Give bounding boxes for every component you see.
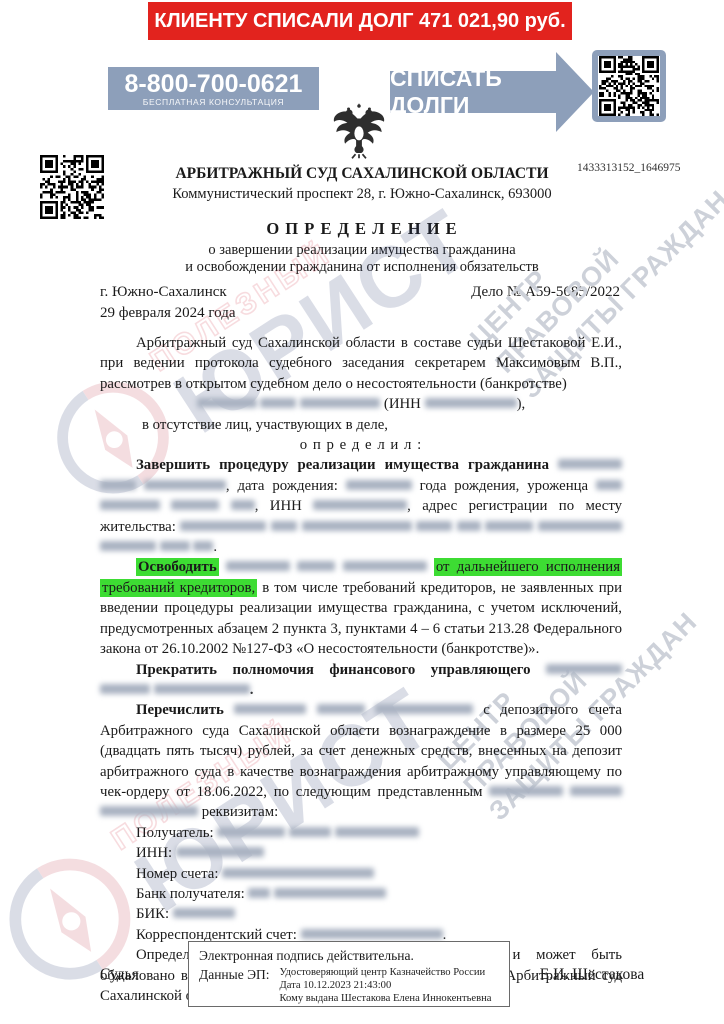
text-segment: , дата рождения: bbox=[226, 478, 346, 494]
redacted-text bbox=[217, 827, 285, 837]
redacted-text bbox=[180, 521, 266, 531]
text-segment: о п р е д е л и л : bbox=[300, 437, 422, 453]
text-segment bbox=[427, 559, 434, 575]
redacted-text bbox=[546, 664, 622, 674]
redacted-text bbox=[160, 541, 190, 551]
redacted-text bbox=[271, 521, 297, 531]
paragraph: (ИНН ), bbox=[100, 394, 622, 414]
text-segment bbox=[365, 702, 375, 718]
redacted-text bbox=[171, 500, 219, 510]
redacted-text bbox=[100, 500, 160, 510]
redacted-text bbox=[222, 868, 374, 878]
coat-of-arms-icon bbox=[330, 103, 388, 164]
text-segment bbox=[136, 478, 144, 494]
text-segment: Освободить bbox=[136, 558, 219, 576]
redacted-text bbox=[485, 521, 533, 531]
text-segment: Прекратить полномочия финансового управл… bbox=[136, 662, 546, 678]
text-segment: БИК: bbox=[136, 906, 173, 922]
text-segment bbox=[335, 559, 342, 575]
redacted-text bbox=[558, 459, 622, 469]
redacted-text bbox=[313, 500, 407, 510]
qr-code bbox=[598, 56, 660, 116]
redacted-text bbox=[343, 561, 427, 571]
redacted-text bbox=[300, 398, 380, 408]
court-address: Коммунистический проспект 28, г. Южно-Са… bbox=[0, 186, 724, 203]
text-segment: Завершить процедуру реализации имущества… bbox=[136, 457, 558, 473]
redacted-text bbox=[570, 786, 622, 796]
document-title: О П Р Е Д Е Л Е Н И Е bbox=[0, 219, 724, 239]
redacted-text bbox=[100, 541, 156, 551]
text-segment bbox=[219, 559, 226, 575]
text-segment: Банк получателя: bbox=[136, 886, 248, 902]
date-label: 29 февраля 2024 года bbox=[100, 305, 236, 322]
redacted-text bbox=[301, 929, 443, 939]
promo-qr-frame bbox=[592, 50, 666, 122]
court-ruling-page: ЦЕНТР ПРАВОВОЙ ЗАЩИТЫ ГРАЖДАН ЦЕНТР ПРАВ… bbox=[0, 0, 724, 1024]
phone-number: 8-800-700-0621 bbox=[125, 71, 303, 97]
text-segment bbox=[219, 498, 230, 514]
redacted-text bbox=[457, 521, 481, 531]
redacted-text bbox=[231, 500, 255, 510]
debt-writeoff-banner: КЛИЕНТУ СПИСАЛИ ДОЛГ 471 021,90 руб. bbox=[148, 2, 572, 40]
paragraph: Завершить процедуру реализации имущества… bbox=[100, 455, 622, 557]
text-segment bbox=[563, 784, 570, 800]
text-segment bbox=[306, 702, 316, 718]
redacted-text bbox=[425, 398, 517, 408]
redacted-text bbox=[100, 480, 136, 490]
paragraph: ИНН: bbox=[100, 843, 622, 863]
redacted-text bbox=[144, 480, 226, 490]
paragraph: Банк получателя: bbox=[100, 884, 622, 904]
stamp-data-label: Данные ЭП: bbox=[199, 967, 270, 1005]
redacted-text bbox=[274, 888, 386, 898]
stamp-ca: Удостоверяющий центр Казначейство России bbox=[280, 967, 492, 980]
document-body: Арбитражный суд Сахалинской области в со… bbox=[100, 333, 622, 1006]
text-segment: Номер счета: bbox=[136, 866, 222, 882]
phone-button[interactable]: 8-800-700-0621 БЕСПЛАТНАЯ КОНСУЛЬТАЦИЯ bbox=[108, 67, 319, 110]
redacted-text bbox=[193, 541, 213, 551]
text-segment: Получатель: bbox=[136, 825, 217, 841]
redacted-text bbox=[302, 521, 412, 531]
paragraph: Освободить от дальнейшего исполнения тре… bbox=[100, 557, 622, 659]
writeoff-debts-button[interactable]: СПИСАТЬ ДОЛГИ bbox=[390, 71, 556, 113]
redacted-text bbox=[176, 847, 264, 857]
redacted-text bbox=[317, 704, 365, 714]
text-segment: (ИНН bbox=[380, 396, 424, 412]
redacted-text bbox=[100, 806, 198, 816]
text-segment: ), bbox=[517, 396, 526, 412]
text-segment bbox=[297, 519, 302, 535]
stamp-issued-to: Кому выдана Шестакова Елена Иннокентьевн… bbox=[280, 993, 492, 1006]
text-segment: Арбитражный суд Сахалинской области в со… bbox=[100, 335, 622, 392]
redacted-text bbox=[100, 684, 150, 694]
case-number: Дело № А59-5685/2022 bbox=[404, 284, 620, 301]
document-id: 1433313152_1646975 bbox=[577, 162, 681, 174]
text-segment bbox=[290, 559, 297, 575]
redacted-text bbox=[346, 480, 412, 490]
stamp-date: Дата 10.12.2023 21:43:00 bbox=[280, 980, 492, 993]
phone-subtitle: БЕСПЛАТНАЯ КОНСУЛЬТАЦИЯ bbox=[143, 97, 284, 107]
arrow-right-icon bbox=[556, 52, 594, 132]
text-segment: года рождения, уроженца bbox=[412, 478, 596, 494]
text-segment: ИНН: bbox=[136, 845, 176, 861]
text-segment: , ИНН bbox=[255, 498, 313, 514]
redacted-text bbox=[297, 561, 335, 571]
redacted-text bbox=[173, 908, 235, 918]
redacted-text bbox=[248, 888, 270, 898]
paragraph: в отсутствие лиц, участвующих в деле, bbox=[142, 415, 622, 435]
redacted-text bbox=[489, 786, 563, 796]
document-subtitle-1: о завершении реализации имущества гражда… bbox=[0, 242, 724, 259]
text-segment: . bbox=[213, 539, 217, 555]
paragraph: Прекратить полномочия финансового управл… bbox=[100, 660, 622, 701]
redacted-text bbox=[538, 521, 622, 531]
text-segment: Перечислить bbox=[136, 702, 234, 718]
redacted-text bbox=[375, 704, 473, 714]
text-segment: реквизитам: bbox=[198, 804, 278, 820]
redacted-text bbox=[596, 480, 622, 490]
redacted-text bbox=[226, 561, 290, 571]
redacted-text bbox=[234, 704, 306, 714]
redacted-text bbox=[197, 398, 257, 408]
paragraph: Получатель: bbox=[100, 823, 622, 843]
paragraph: Перечислить с депозитного счета Арбитраж… bbox=[100, 700, 622, 822]
redacted-text bbox=[260, 398, 296, 408]
paragraph: Арбитражный суд Сахалинской области в со… bbox=[100, 333, 622, 394]
city-label: г. Южно-Сахалинск bbox=[100, 284, 227, 301]
electronic-signature-stamp: Электронная подпись действительна. Данны… bbox=[188, 941, 510, 1007]
redacted-text bbox=[154, 684, 250, 694]
document-subtitle-2: и освобождении гражданина от исполнения … bbox=[0, 259, 724, 276]
text-segment bbox=[160, 498, 171, 514]
stamp-validity-line: Электронная подпись действительна. bbox=[199, 948, 499, 964]
paragraph: БИК: bbox=[100, 904, 622, 924]
redacted-text bbox=[289, 827, 331, 837]
text-segment: . bbox=[250, 682, 254, 698]
paragraph: Номер счета: bbox=[100, 864, 622, 884]
redacted-text bbox=[335, 827, 419, 837]
paragraph: о п р е д е л и л : bbox=[100, 435, 622, 455]
text-segment: в отсутствие лиц, участвующих в деле, bbox=[142, 417, 388, 433]
redacted-text bbox=[416, 521, 452, 531]
